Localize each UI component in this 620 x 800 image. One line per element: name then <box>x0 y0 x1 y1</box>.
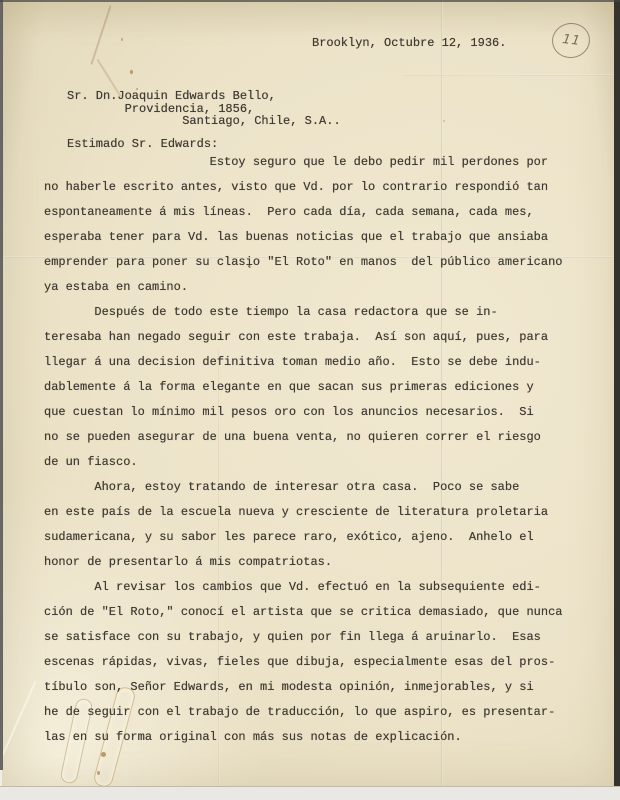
rust-stain <box>121 38 123 41</box>
letter-body-line: las en su forma original con más sus not… <box>44 725 562 750</box>
letter-body-line: no haberle escrito antes, visto que Vd. … <box>44 175 562 200</box>
letter-body-line: se satisface con su trabajo, y quien por… <box>44 625 562 650</box>
salutation: Estimado Sr. Edwards: <box>67 137 218 151</box>
letter-body-line: emprender para poner su clasįo "El Roto"… <box>44 250 562 275</box>
letter-body-line: Estoy seguro que le debo pedir mil perdo… <box>44 150 562 175</box>
letter-body-line: he de seguir con el trabajo de traducció… <box>44 700 562 725</box>
rust-stain <box>443 120 445 122</box>
scanned-letter-page: Brooklyn, Octubre 12, 1936. Sr. Dn.Joaqu… <box>0 0 620 800</box>
scan-edge-bottom <box>0 786 620 800</box>
letter-body-line: honor de presentarlo á mis compatriotas. <box>44 550 562 575</box>
recipient-address-line: Sr. Dn.Joaquin Edwards Bello, <box>67 90 341 103</box>
scan-edge-right <box>614 0 620 790</box>
letter-body-line: ción de "El Roto," conocí el artista que… <box>44 600 562 625</box>
letter-body-line: esperaba tener para Vd. las buenas notic… <box>44 225 562 250</box>
letter-body: Estoy seguro que le debo pedir mil perdo… <box>44 150 562 750</box>
letter-body-line: tíbulo son, Señor Edwards, en mi modesta… <box>44 675 562 700</box>
letter-body-line: llegar á una decision definitiva toman m… <box>44 350 562 375</box>
letter-body-line: teresaba han negado seguir con este trab… <box>44 325 562 350</box>
date-line: Brooklyn, Octubre 12, 1936. <box>312 36 506 50</box>
letter-body-line: en este país de la escuela nueva y cresc… <box>44 500 562 525</box>
pencil-number: 11 <box>559 33 582 48</box>
letter-body-line: Después de todo este tiempo la casa reda… <box>44 300 562 325</box>
letter-body-line: espontaneamente á mis líneas. Pero cada … <box>44 200 562 225</box>
letter-body-line: dablemente á la forma elegante en que sa… <box>44 375 562 400</box>
letter-body-line: de un fiasco. <box>44 450 562 475</box>
letter-body-line: ya estaba en camino. <box>44 275 562 300</box>
corner-crease <box>0 681 36 800</box>
letter-body-line: que cuestan lo mínimo mil pesos oro con … <box>44 400 562 425</box>
rust-stain <box>130 70 133 74</box>
letter-body-line: escenas rápidas, vivas, fieles que dibuj… <box>44 650 562 675</box>
horizontal-fold-crease <box>402 74 614 76</box>
corner-crease <box>90 5 111 65</box>
letter-paper: Brooklyn, Octubre 12, 1936. Sr. Dn.Joaqu… <box>2 0 614 788</box>
recipient-address-line: Santiago, Chile, S.A.. <box>67 115 341 128</box>
letter-body-line: Ahora, estoy tratando de interesar otra … <box>44 475 562 500</box>
rust-stain <box>97 771 100 775</box>
recipient-address: Sr. Dn.Joaquin Edwards Bello, Providenci… <box>67 90 341 128</box>
letter-body-line: Al revisar los cambios que Vd. efectuó e… <box>44 575 562 600</box>
letter-body-line: no se pueden asegurar de una buena venta… <box>44 425 562 450</box>
letter-body-line: sudamericana, y su sabor les parece raro… <box>44 525 562 550</box>
rust-stain <box>101 752 106 757</box>
scan-edge-left <box>0 0 3 770</box>
scan-edge-top <box>0 0 620 2</box>
pencil-circle-annotation: 11 <box>550 21 593 61</box>
